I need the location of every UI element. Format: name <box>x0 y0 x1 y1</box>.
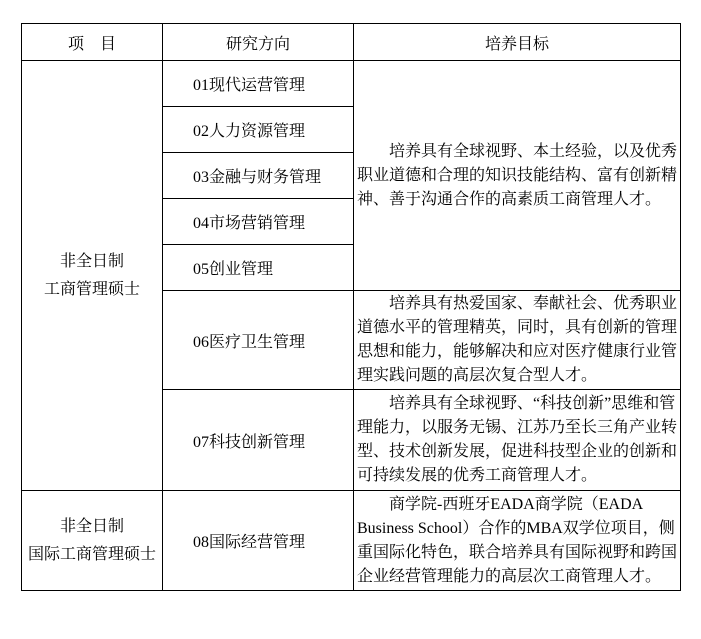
cell-program-part-time-mba: 非全日制 工商管理硕士 <box>22 61 163 491</box>
objective-text-medical: 培养具有热爱国家、奉献社会、优秀职业道德水平的管理精英，同时，具有创新的管理思想… <box>357 292 677 388</box>
cell-program-part-time-intl-mba: 非全日制 国际工商管理硕士 <box>22 491 163 591</box>
cell-objective-tech-innovation: 培养具有全球视野、“科技创新”思维和管理能力，以服务无锡、江苏乃至长三角产业转型… <box>354 390 681 491</box>
header-objective: 培养目标 <box>354 24 681 61</box>
header-row: 项 目 研究方向 培养目标 <box>22 24 681 61</box>
objective-text-international: 商学院-西班牙EADA商学院（EADA Business School）合作的M… <box>357 493 677 589</box>
header-direction: 研究方向 <box>163 24 354 61</box>
cell-objective-international: 商学院-西班牙EADA商学院（EADA Business School）合作的M… <box>354 491 681 591</box>
cell-direction-05: 05创业管理 <box>163 245 354 291</box>
cell-direction-08: 08国际经营管理 <box>163 491 354 591</box>
objective-text-tech-innovation: 培养具有全球视野、“科技创新”思维和管理能力，以服务无锡、江苏乃至长三角产业转型… <box>357 392 677 488</box>
cell-direction-01: 01现代运营管理 <box>163 61 354 107</box>
header-project: 项 目 <box>22 24 163 61</box>
cell-direction-04: 04市场营销管理 <box>163 199 354 245</box>
cell-direction-02: 02人力资源管理 <box>163 107 354 153</box>
program-table: 项 目 研究方向 培养目标 非全日制 工商管理硕士 01现代运营管理 培养具有全… <box>21 23 681 591</box>
cell-objective-medical: 培养具有热爱国家、奉献社会、优秀职业道德水平的管理精英，同时，具有创新的管理思想… <box>354 291 681 390</box>
table-row: 非全日制 国际工商管理硕士 08国际经营管理 商学院-西班牙EADA商学院（EA… <box>22 491 681 591</box>
cell-objective-general: 培养具有全球视野、本土经验，以及优秀职业道德和合理的知识技能结构、富有创新精神、… <box>354 61 681 291</box>
objective-text-general: 培养具有全球视野、本土经验，以及优秀职业道德和合理的知识技能结构、富有创新精神、… <box>357 140 677 212</box>
cell-direction-03: 03金融与财务管理 <box>163 153 354 199</box>
cell-direction-07: 07科技创新管理 <box>163 390 354 491</box>
table-row: 非全日制 工商管理硕士 01现代运营管理 培养具有全球视野、本土经验，以及优秀职… <box>22 61 681 107</box>
cell-direction-06: 06医疗卫生管理 <box>163 291 354 390</box>
